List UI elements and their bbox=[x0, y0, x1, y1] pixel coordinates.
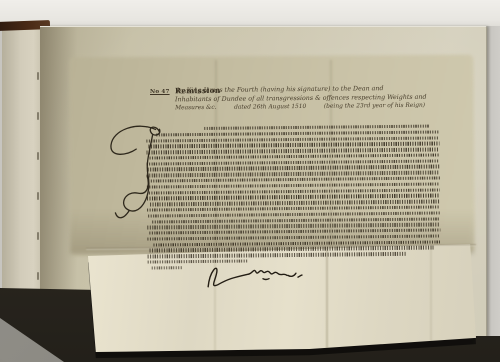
catalogue-number-label: No 47 bbox=[150, 89, 170, 95]
binding-stitch bbox=[37, 112, 39, 120]
manuscript-line bbox=[152, 266, 182, 270]
binding-stitch bbox=[37, 152, 39, 160]
photograph-of-open-volume: No 47 Remission by King James the Fourth… bbox=[0, 0, 500, 362]
binding-stitch bbox=[37, 72, 39, 80]
annotation-reign: (being the 23rd year of his Reign) bbox=[324, 102, 425, 112]
binding-stitch bbox=[37, 192, 39, 200]
background-top-strip bbox=[0, 0, 500, 28]
royal-signature bbox=[197, 258, 306, 298]
background-right-strip bbox=[486, 26, 500, 346]
book-left-page bbox=[2, 27, 44, 305]
manuscript-body-text bbox=[146, 124, 442, 272]
catalogue-annotation: Remission by King James the Fourth (havi… bbox=[175, 84, 425, 114]
annotation-dated: dated 26th August 1510 bbox=[234, 103, 306, 113]
annotation-measures: Measures &c. bbox=[175, 104, 217, 113]
binding-stitch bbox=[37, 232, 39, 240]
binding-stitch bbox=[37, 272, 39, 280]
manuscript-line bbox=[148, 252, 406, 258]
